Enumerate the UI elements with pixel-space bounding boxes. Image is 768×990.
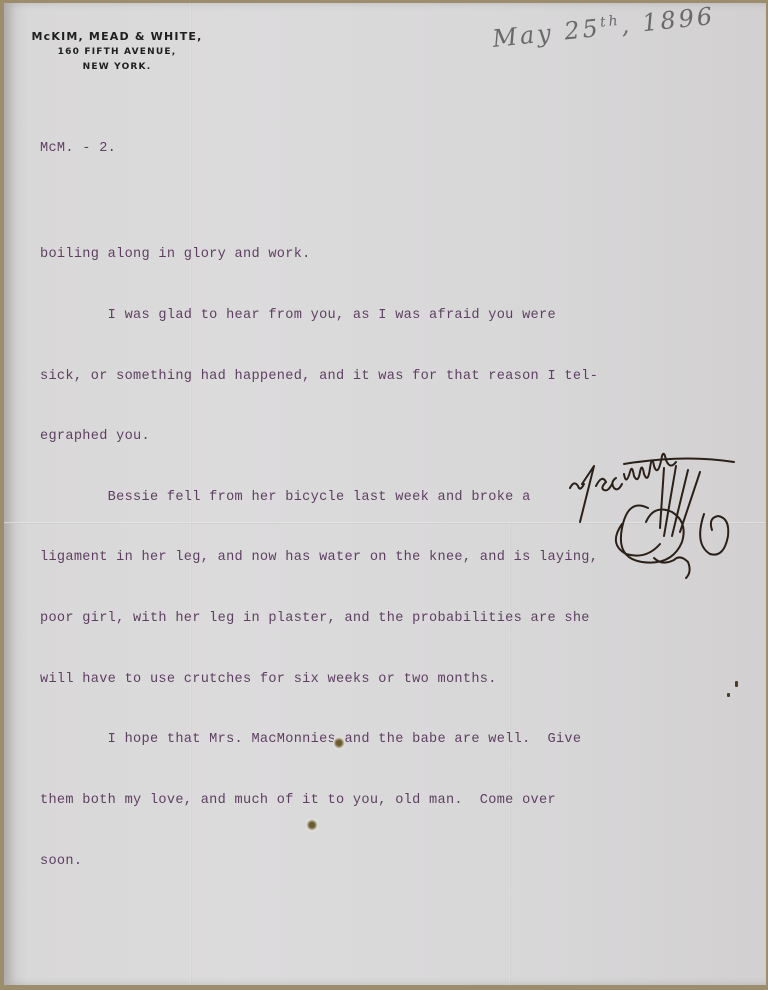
letterhead-firm-name: McKIM, MEAD & WHITE, (22, 29, 212, 45)
letter-body: boiling along in glory and work. I was g… (40, 205, 598, 912)
body-line: ligament in her leg, and now has water o… (40, 548, 598, 568)
letterhead-address: 160 FIFTH AVENUE, (22, 45, 212, 60)
pin-hole (306, 819, 318, 831)
letter-paper: McKIM, MEAD & WHITE, 160 FIFTH AVENUE, N… (4, 3, 766, 985)
pin-hole (333, 737, 345, 749)
handwritten-date: May 25th, 1896 (491, 3, 766, 53)
letterhead-city: NEW YORK. (22, 60, 212, 75)
date-day-suffix: th (599, 13, 621, 31)
date-year: , 1896 (620, 3, 717, 39)
body-line: I hope that Mrs. MacMonnies and the babe… (40, 730, 598, 750)
body-line: sick, or something had happened, and it … (40, 367, 598, 387)
ink-speck (727, 693, 730, 697)
ink-speck (735, 681, 738, 687)
page-number: McM. - 2. (40, 141, 116, 156)
body-line: poor girl, with her leg in plaster, and … (40, 609, 598, 629)
date-month: May (491, 19, 555, 53)
body-line: egraphed you. (40, 427, 598, 447)
handwritten-signature (564, 448, 754, 588)
body-line: will have to use crutches for six weeks … (40, 670, 598, 690)
letterhead: McKIM, MEAD & WHITE, 160 FIFTH AVENUE, N… (22, 29, 212, 75)
body-line: boiling along in glory and work. (40, 245, 598, 265)
body-line: soon. (40, 852, 598, 872)
body-line: Bessie fell from her bicycle last week a… (40, 488, 598, 508)
document-frame: McKIM, MEAD & WHITE, 160 FIFTH AVENUE, N… (0, 0, 768, 990)
body-line: them both my love, and much of it to you… (40, 791, 598, 811)
body-line: I was glad to hear from you, as I was af… (40, 306, 598, 326)
date-day: 25th (563, 12, 623, 46)
